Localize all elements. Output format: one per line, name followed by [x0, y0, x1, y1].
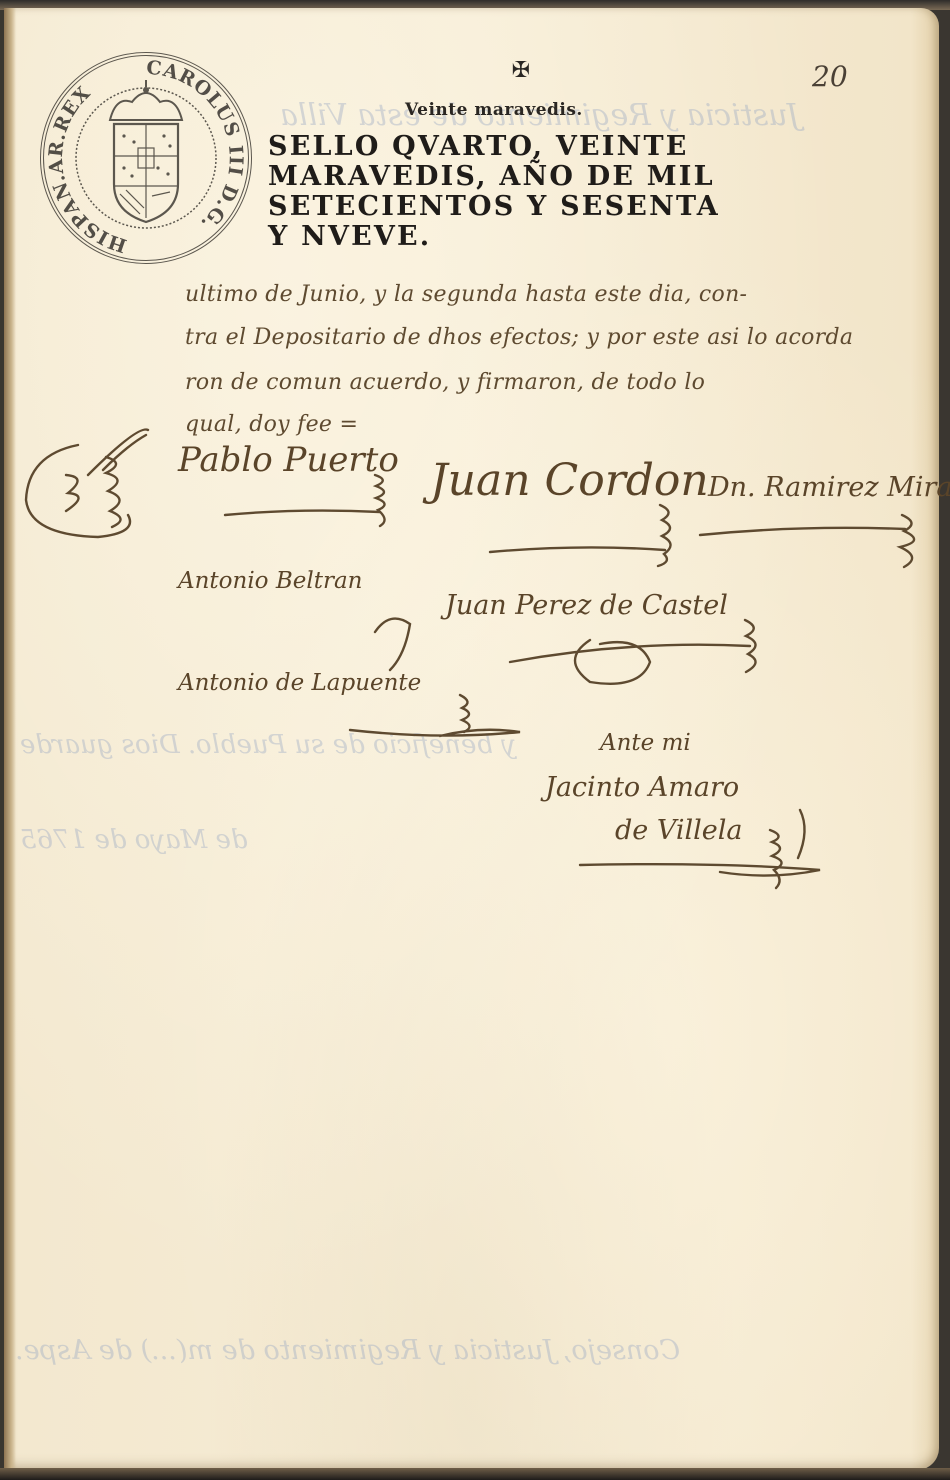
attestation-before-me: Ante mi [600, 730, 691, 756]
signature-flourish [320, 690, 580, 750]
notary-rubric-icon [570, 800, 850, 900]
signature-flourish [480, 500, 690, 570]
signature-juan-cordon: Juan Cordon [430, 455, 709, 506]
header-line: Y NVEVE. [268, 222, 788, 252]
coat-of-arms-icon: CAROLUS III D.G. HISPAN.AR.REX [44, 56, 248, 260]
body-text-line: ron de comun acuerdo, y firmaron, de tod… [185, 370, 705, 395]
page-bottom-edge [0, 1468, 950, 1480]
svg-text:HISPAN.AR.REX: HISPAN.AR.REX [45, 82, 130, 257]
header-line: SETECIENTOS Y SESENTA [268, 192, 788, 222]
body-text-line: tra el Depositario de dhos efectos; y po… [185, 325, 853, 350]
body-text-line: ultimo de Junio, y la segunda hasta este… [185, 282, 747, 307]
signature-antonio-beltran: Antonio Beltran [178, 568, 362, 594]
body-text-line: qual, doy fee = [185, 412, 358, 437]
royal-seal-stamp: CAROLUS III D.G. HISPAN.AR.REX [40, 52, 252, 264]
notary-name-line1: Jacinto Amaro [545, 772, 739, 803]
bleed-through-text: Consejo, Justicia y Regimiento de m(...)… [15, 1335, 680, 1366]
header-line: SELLO QVARTO, VEINTE [268, 132, 788, 162]
stamp-value-line: Veinte maravedis. [405, 100, 583, 120]
bleed-through-text: de Mayo de 1765 [20, 825, 248, 855]
cross-icon: ✠ [508, 58, 534, 84]
svg-text:CAROLUS III D.G.: CAROLUS III D.G. [145, 57, 246, 236]
signature-flourish [690, 505, 930, 575]
folio-number: 20 [812, 60, 848, 93]
signature-ramirez-mira: Dn. Ramirez Mira [708, 472, 950, 503]
scribal-rubric-icon [18, 415, 168, 545]
binding-spine [4, 8, 16, 1470]
printed-stamp-header: SELLO QVARTO, VEINTE MARAVEDIS, AÑO DE M… [268, 132, 788, 252]
signature-flourish [220, 470, 400, 530]
header-line: MARAVEDIS, AÑO DE MIL [268, 162, 788, 192]
